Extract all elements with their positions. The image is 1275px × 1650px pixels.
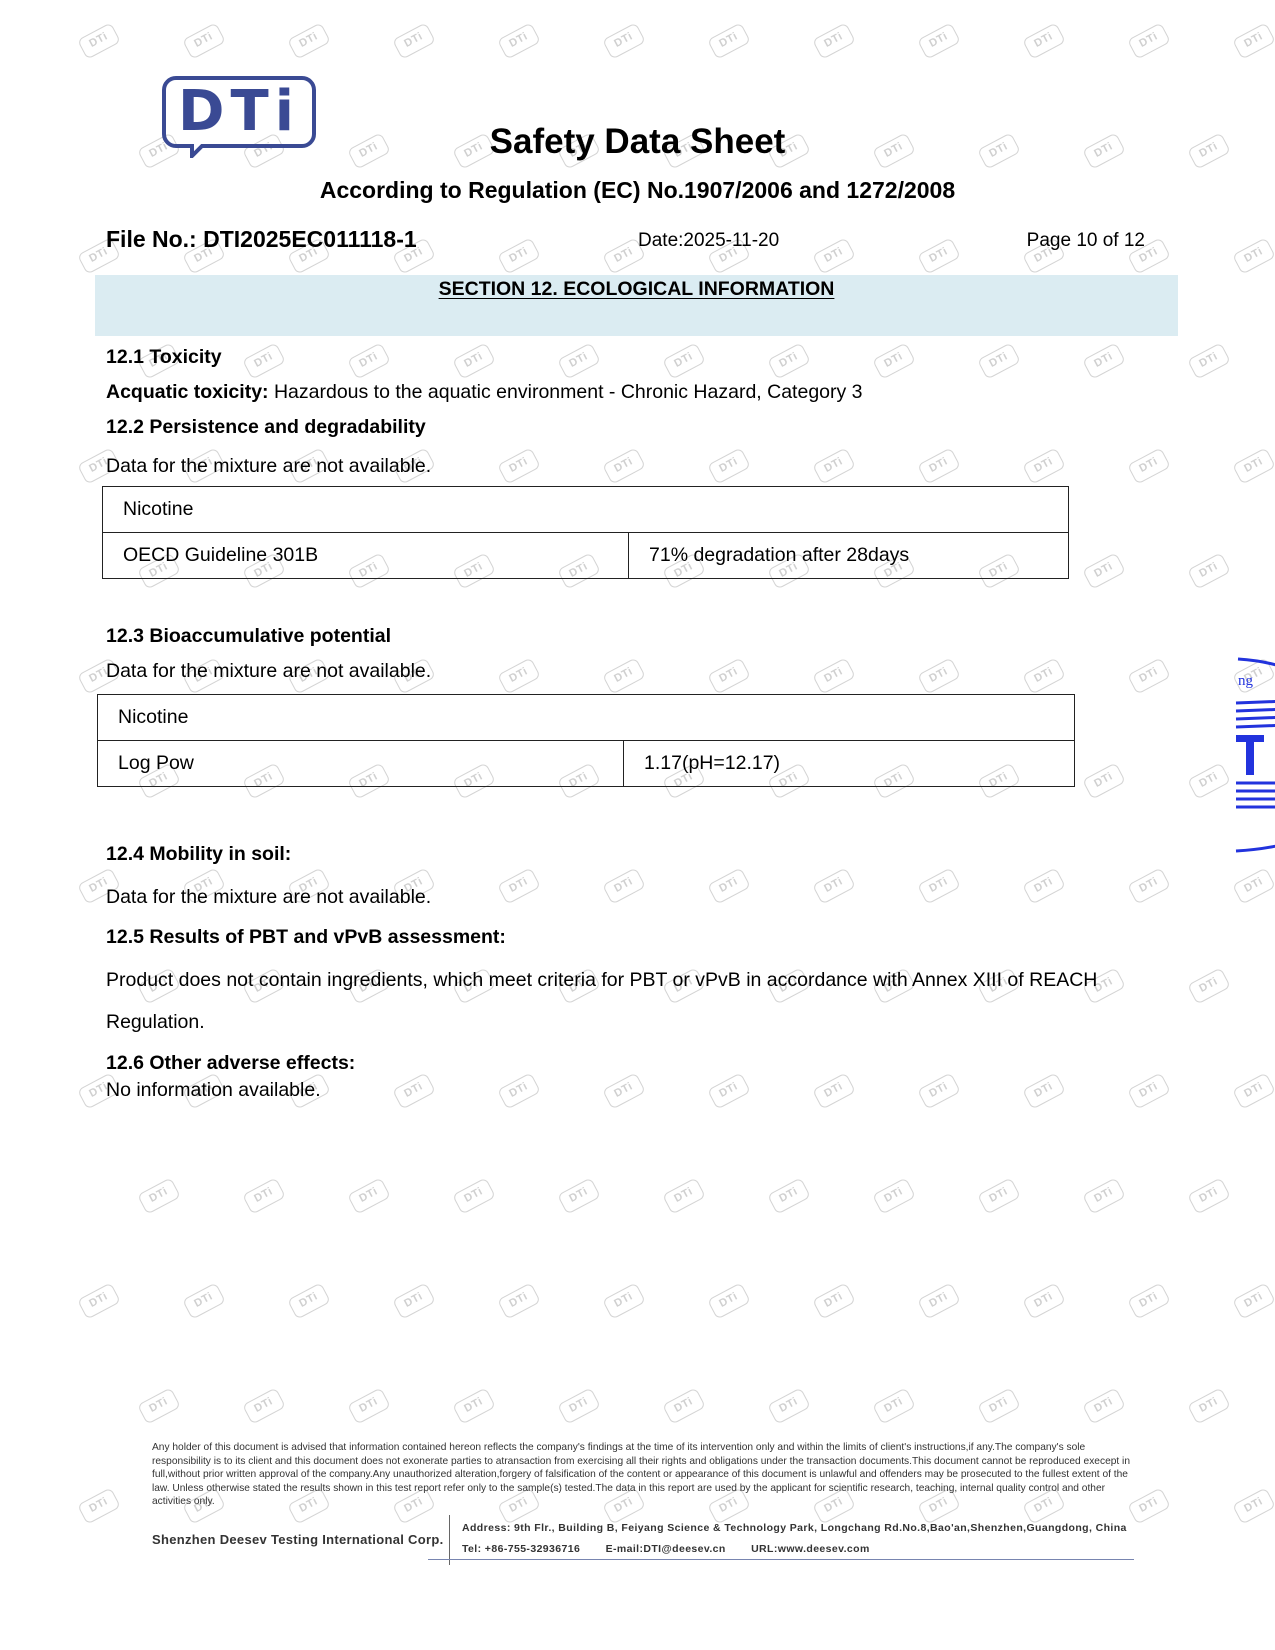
method-cell: Log Pow: [98, 741, 624, 787]
section-header: SECTION 12. ECOLOGICAL INFORMATION: [95, 275, 1178, 336]
other-effects-heading: 12.6 Other adverse effects:: [106, 1052, 355, 1075]
footer-company: Shenzhen Deesev Testing International Co…: [152, 1532, 444, 1547]
substance-cell: Nicotine: [103, 487, 1069, 533]
footer-divider: [449, 1515, 450, 1565]
toxicity-heading: 12.1 Toxicity: [106, 346, 222, 369]
document-subtitle: According to Regulation (EC) No.1907/200…: [0, 177, 1275, 204]
footer-disclaimer: Any holder of this document is advised t…: [152, 1441, 1132, 1509]
method-cell: OECD Guideline 301B: [103, 533, 629, 579]
pbt-line-1: Product does not contain ingredients, wh…: [106, 969, 1097, 992]
sds-page: DTi Safety Data Sheet According to Regul…: [0, 0, 1275, 1650]
table-row: Log Pow 1.17(pH=12.17): [98, 741, 1075, 787]
result-cell: 71% degradation after 28days: [629, 533, 1069, 579]
document-meta: File No.: DTI2025EC011118-1 Date:2025-11…: [106, 226, 1145, 256]
bioaccumulation-note: Data for the mixture are not available.: [106, 660, 431, 683]
footer-contact: Tel: +86-755-32936716 E-mail:DTI@deesev.…: [462, 1543, 892, 1555]
bioaccumulation-heading: 12.3 Bioaccumulative potential: [106, 625, 391, 648]
table-row: Nicotine: [103, 487, 1069, 533]
other-effects-note: No information available.: [106, 1079, 321, 1102]
company-seal-stamp-icon: ng: [1228, 655, 1275, 855]
persistence-heading: 12.2 Persistence and degradability: [106, 416, 426, 439]
footer-url[interactable]: URL:www.deesev.com: [751, 1543, 870, 1555]
persistence-note: Data for the mixture are not available.: [106, 455, 431, 478]
bioaccumulation-table: Nicotine Log Pow 1.17(pH=12.17): [97, 694, 1075, 787]
page-number: Page 10 of 12: [1027, 230, 1145, 252]
document-title: Safety Data Sheet: [0, 122, 1275, 162]
toxicity-line: Acquatic toxicity: Hazardous to the aqua…: [106, 381, 863, 404]
pbt-line-2: Regulation.: [106, 1011, 205, 1034]
mobility-heading: 12.4 Mobility in soil:: [106, 843, 291, 866]
file-number: File No.: DTI2025EC011118-1: [106, 226, 417, 253]
mobility-note: Data for the mixture are not available.: [106, 886, 431, 909]
result-cell: 1.17(pH=12.17): [624, 741, 1075, 787]
footer-rule: [428, 1559, 1134, 1560]
pbt-heading: 12.5 Results of PBT and vPvB assessment:: [106, 926, 506, 949]
persistence-table: Nicotine OECD Guideline 301B 71% degrada…: [102, 486, 1069, 579]
footer-address: Address: 9th Flr., Building B, Feiyang S…: [462, 1522, 1127, 1534]
substance-cell: Nicotine: [98, 695, 1075, 741]
table-row: Nicotine: [98, 695, 1075, 741]
toxicity-label: Acquatic toxicity:: [106, 381, 269, 403]
section-title: SECTION 12. ECOLOGICAL INFORMATION: [95, 278, 1178, 301]
toxicity-value: Hazardous to the aquatic environment - C…: [269, 381, 863, 403]
table-row: OECD Guideline 301B 71% degradation afte…: [103, 533, 1069, 579]
footer-email[interactable]: E-mail:DTI@deesev.cn: [606, 1543, 726, 1555]
document-date: Date:2025-11-20: [638, 230, 779, 252]
svg-text:ng: ng: [1238, 673, 1254, 689]
footer-tel: Tel: +86-755-32936716: [462, 1543, 580, 1555]
